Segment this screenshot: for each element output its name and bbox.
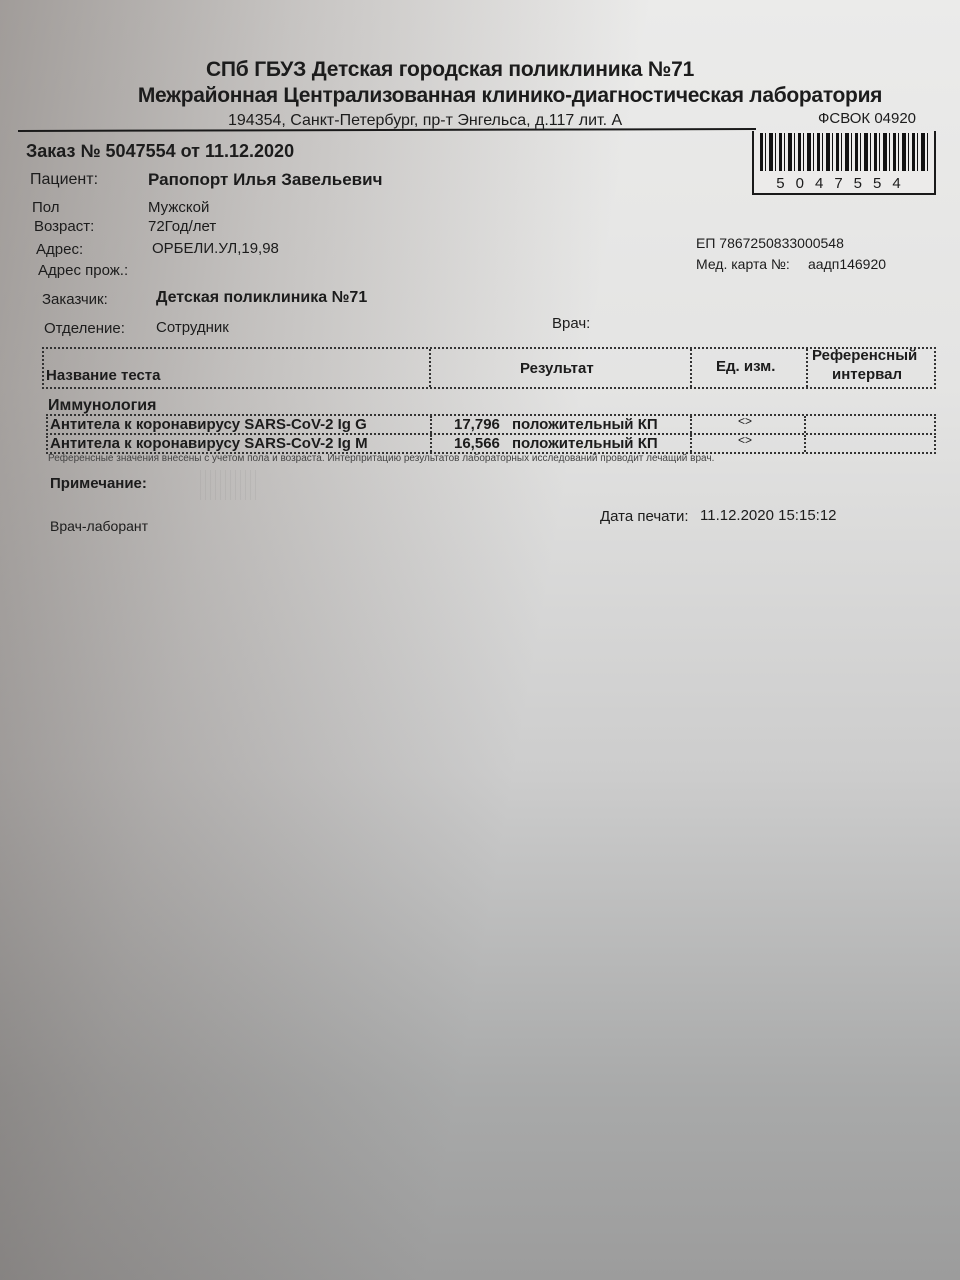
print-date-label: Дата печати: xyxy=(600,508,689,525)
results-table-header: Название теста Результат Ед. изм. Рефере… xyxy=(42,347,936,389)
print-date-value: 11.12.2020 15:15:12 xyxy=(700,507,837,524)
table-row: Антитела к коронавирусу SARS-CoV-2 Ig M … xyxy=(46,433,936,454)
note-label: Примечание: xyxy=(50,475,147,492)
med-card-value: аадп146920 xyxy=(808,256,886,272)
address-label: Адрес: xyxy=(36,241,83,258)
org-title: СПб ГБУЗ Детская городская поликлиника №… xyxy=(0,58,930,82)
barcode: 5047554 xyxy=(752,131,936,195)
faint-stamp xyxy=(200,470,260,500)
col-test-name: Название теста xyxy=(46,367,161,384)
age-label: Возраст: xyxy=(34,218,94,235)
test-interpretation: положительный КП xyxy=(512,416,658,433)
med-card-label: Мед. карта №: xyxy=(696,256,790,272)
test-interpretation: положительный КП xyxy=(512,435,658,452)
test-units: <> xyxy=(738,414,752,428)
lab-title: Межрайонная Централизованная клинико-диа… xyxy=(30,84,960,108)
customer-value: Детская поликлиника №71 xyxy=(156,289,367,307)
lab-doctor-label: Врач-лаборант xyxy=(50,518,148,534)
barcode-bars xyxy=(760,133,928,171)
table-footnote: Референсные значения внесены с учетом по… xyxy=(48,453,714,464)
header-divider xyxy=(18,128,756,132)
age-value: 72Год/лет xyxy=(148,218,216,235)
test-value: 17,796 xyxy=(454,416,500,433)
department-value: Сотрудник xyxy=(156,319,229,336)
table-row: Антитела к коронавирусу SARS-CoV-2 Ig G … xyxy=(46,414,936,435)
test-name: Антитела к коронавирусу SARS-CoV-2 Ig M xyxy=(50,435,368,452)
section-immunology: Иммунология xyxy=(48,397,156,415)
patient-label: Пациент: xyxy=(30,171,98,189)
col-result: Результат xyxy=(520,360,594,377)
department-label: Отделение: xyxy=(44,320,125,337)
barcode-number: 5047554 xyxy=(754,175,934,192)
test-value: 16,566 xyxy=(454,435,500,452)
order-title: Заказ № 5047554 от 11.12.2020 xyxy=(26,141,294,162)
address-value: ОРБЕЛИ.УЛ,19,98 xyxy=(152,240,279,257)
test-name: Антитела к коронавирусу SARS-CoV-2 Ig G xyxy=(50,416,367,433)
ep-number: ЕП 7867250833000548 xyxy=(696,235,844,251)
sex-label: Пол xyxy=(32,199,60,216)
residence-label: Адрес прож.: xyxy=(38,262,128,279)
doctor-label: Врач: xyxy=(552,315,590,332)
sex-value: Мужской xyxy=(148,199,209,216)
test-units: <> xyxy=(738,433,752,447)
col-units: Ед. изм. xyxy=(716,358,775,375)
col-ref-line1: Референсный xyxy=(812,347,917,364)
org-address: 194354, Санкт-Петербург, пр-т Энгельса, … xyxy=(228,112,622,130)
col-ref-line2: интервал xyxy=(832,366,902,383)
fsvok-code: ФСВОК 04920 xyxy=(818,110,916,127)
patient-name: Рапопорт Илья Завельевич xyxy=(148,170,382,190)
customer-label: Заказчик: xyxy=(42,291,108,308)
